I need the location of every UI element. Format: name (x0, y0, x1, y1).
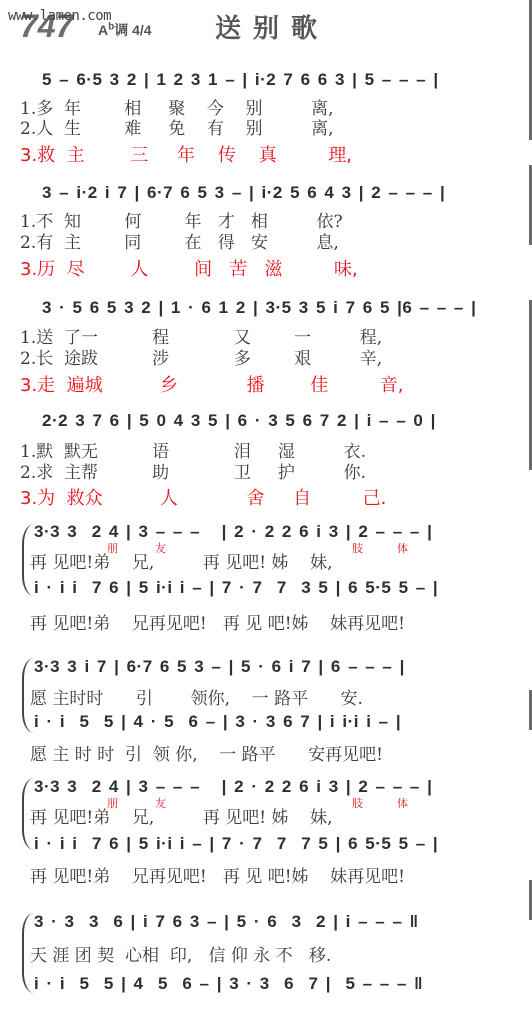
key-time: 调 4/4 (114, 22, 151, 38)
system-3-verse-2: 2.长 途跋 涉 多 艰 辛, (20, 344, 382, 369)
system-7-lower-notes: i · i i 7 6 | 5 i·i i – | 7 · 7 7 7 5 | … (34, 834, 438, 854)
system-8-upper-lyrics: 天 涯 团 契 心相 印, 信 仰 永 不 移. (30, 941, 331, 966)
system-5-lower-lyrics: 再 见吧!弟 兄再见吧! 再 见 吧!姊 妹再见吧! (30, 609, 405, 634)
annotation: 体 (397, 540, 408, 556)
system-6-upper-notes: 3·3 3 i 7 | 6·7 6 5 3 – | 5 · 6 i 7 | 6 … (34, 657, 405, 677)
key-letter: A (98, 22, 108, 38)
key-signature: Ab调 4/4 (98, 20, 152, 40)
system-4-verse-3: 3.为 救众 人 舍 自 己. (20, 484, 386, 510)
annotation: 肢 (352, 540, 363, 556)
system-3-notes: 3 · 5 6 5 3 2 | 1 · 6 1 2 | 3·5 3 5 i 7 … (42, 298, 476, 318)
system-1-verse-2: 2.人 生 难 免 有 别 离, (20, 114, 334, 139)
system-7-upper-notes: 3·3 3 2 4 | 3 – – – | 2 · 2 2 6 i 3 | 2 … (34, 777, 432, 797)
system-6-lower-lyrics: 愿 主 时 时 引 领 你, 一 路平 安再见吧! (30, 740, 383, 765)
system-7-lower-lyrics: 再 见吧!弟 兄再见吧! 再 见 吧!姊 妹再见吧! (30, 862, 405, 887)
system-8-upper-notes: 3 · 3 3 6 | i 7 6 3 – | 5 · 6 3 2 | i – … (34, 912, 419, 932)
annotation: 肢 (352, 795, 363, 811)
annotation: 体 (397, 795, 408, 811)
system-4-notes: 2·2 3 7 6 | 5 0 4 3 5 | 6 · 3 5 6 7 2 | … (42, 411, 436, 431)
system-6-upper-lyrics: 愿 主时时 引 领你, 一 路平 安. (30, 684, 363, 709)
system-5-upper-notes: 3·3 3 2 4 | 3 – – – | 2 · 2 2 6 i 3 | 2 … (34, 522, 432, 542)
system-5-upper-lyrics: 再 见吧!弟 兄, 再 见吧! 姊 妹, (30, 548, 333, 573)
system-2-verse-2: 2.有 主 同 在 得 安 息, (20, 228, 339, 253)
system-4-verse-2: 2.求 主帮 助 卫 护 你. (20, 458, 366, 483)
system-3-verse-3: 3.走 遍城 乡 播 佳 音, (20, 371, 403, 397)
system-1-notes: 5 – 6·5 3 2 | 1 2 3 1 – | i·2 7 6 6 3 | … (42, 70, 439, 90)
system-1-verse-3: 3.救 主 三 年 传 真 理, (20, 141, 352, 167)
system-7-upper-lyrics: 再 见吧!弟 兄, 再 见吧! 姊 妹, (30, 803, 333, 828)
system-8-lower-notes: i · i 5 5 | 4 5 6 – | 3 · 3 6 7 | 5 – – … (34, 974, 423, 994)
system-5-lower-notes: i · i i 7 6 | 5 i·i i – | 7 · 7 7 3 5 | … (34, 578, 438, 598)
system-2-verse-3: 3.历 尽 人 间 苦 滋 味, (20, 255, 358, 281)
page-title: 送别歌 (215, 8, 329, 45)
system-6-lower-notes: i · i 5 5 | 4 · 5 6 – | 3 · 3 6 7 | i i·… (34, 712, 401, 732)
system-2-notes: 3 – i·2 i 7 | 6·7 6 5 3 – | i·2 5 6 4 3 … (42, 183, 445, 203)
watermark: www.lamen.com (8, 8, 111, 24)
